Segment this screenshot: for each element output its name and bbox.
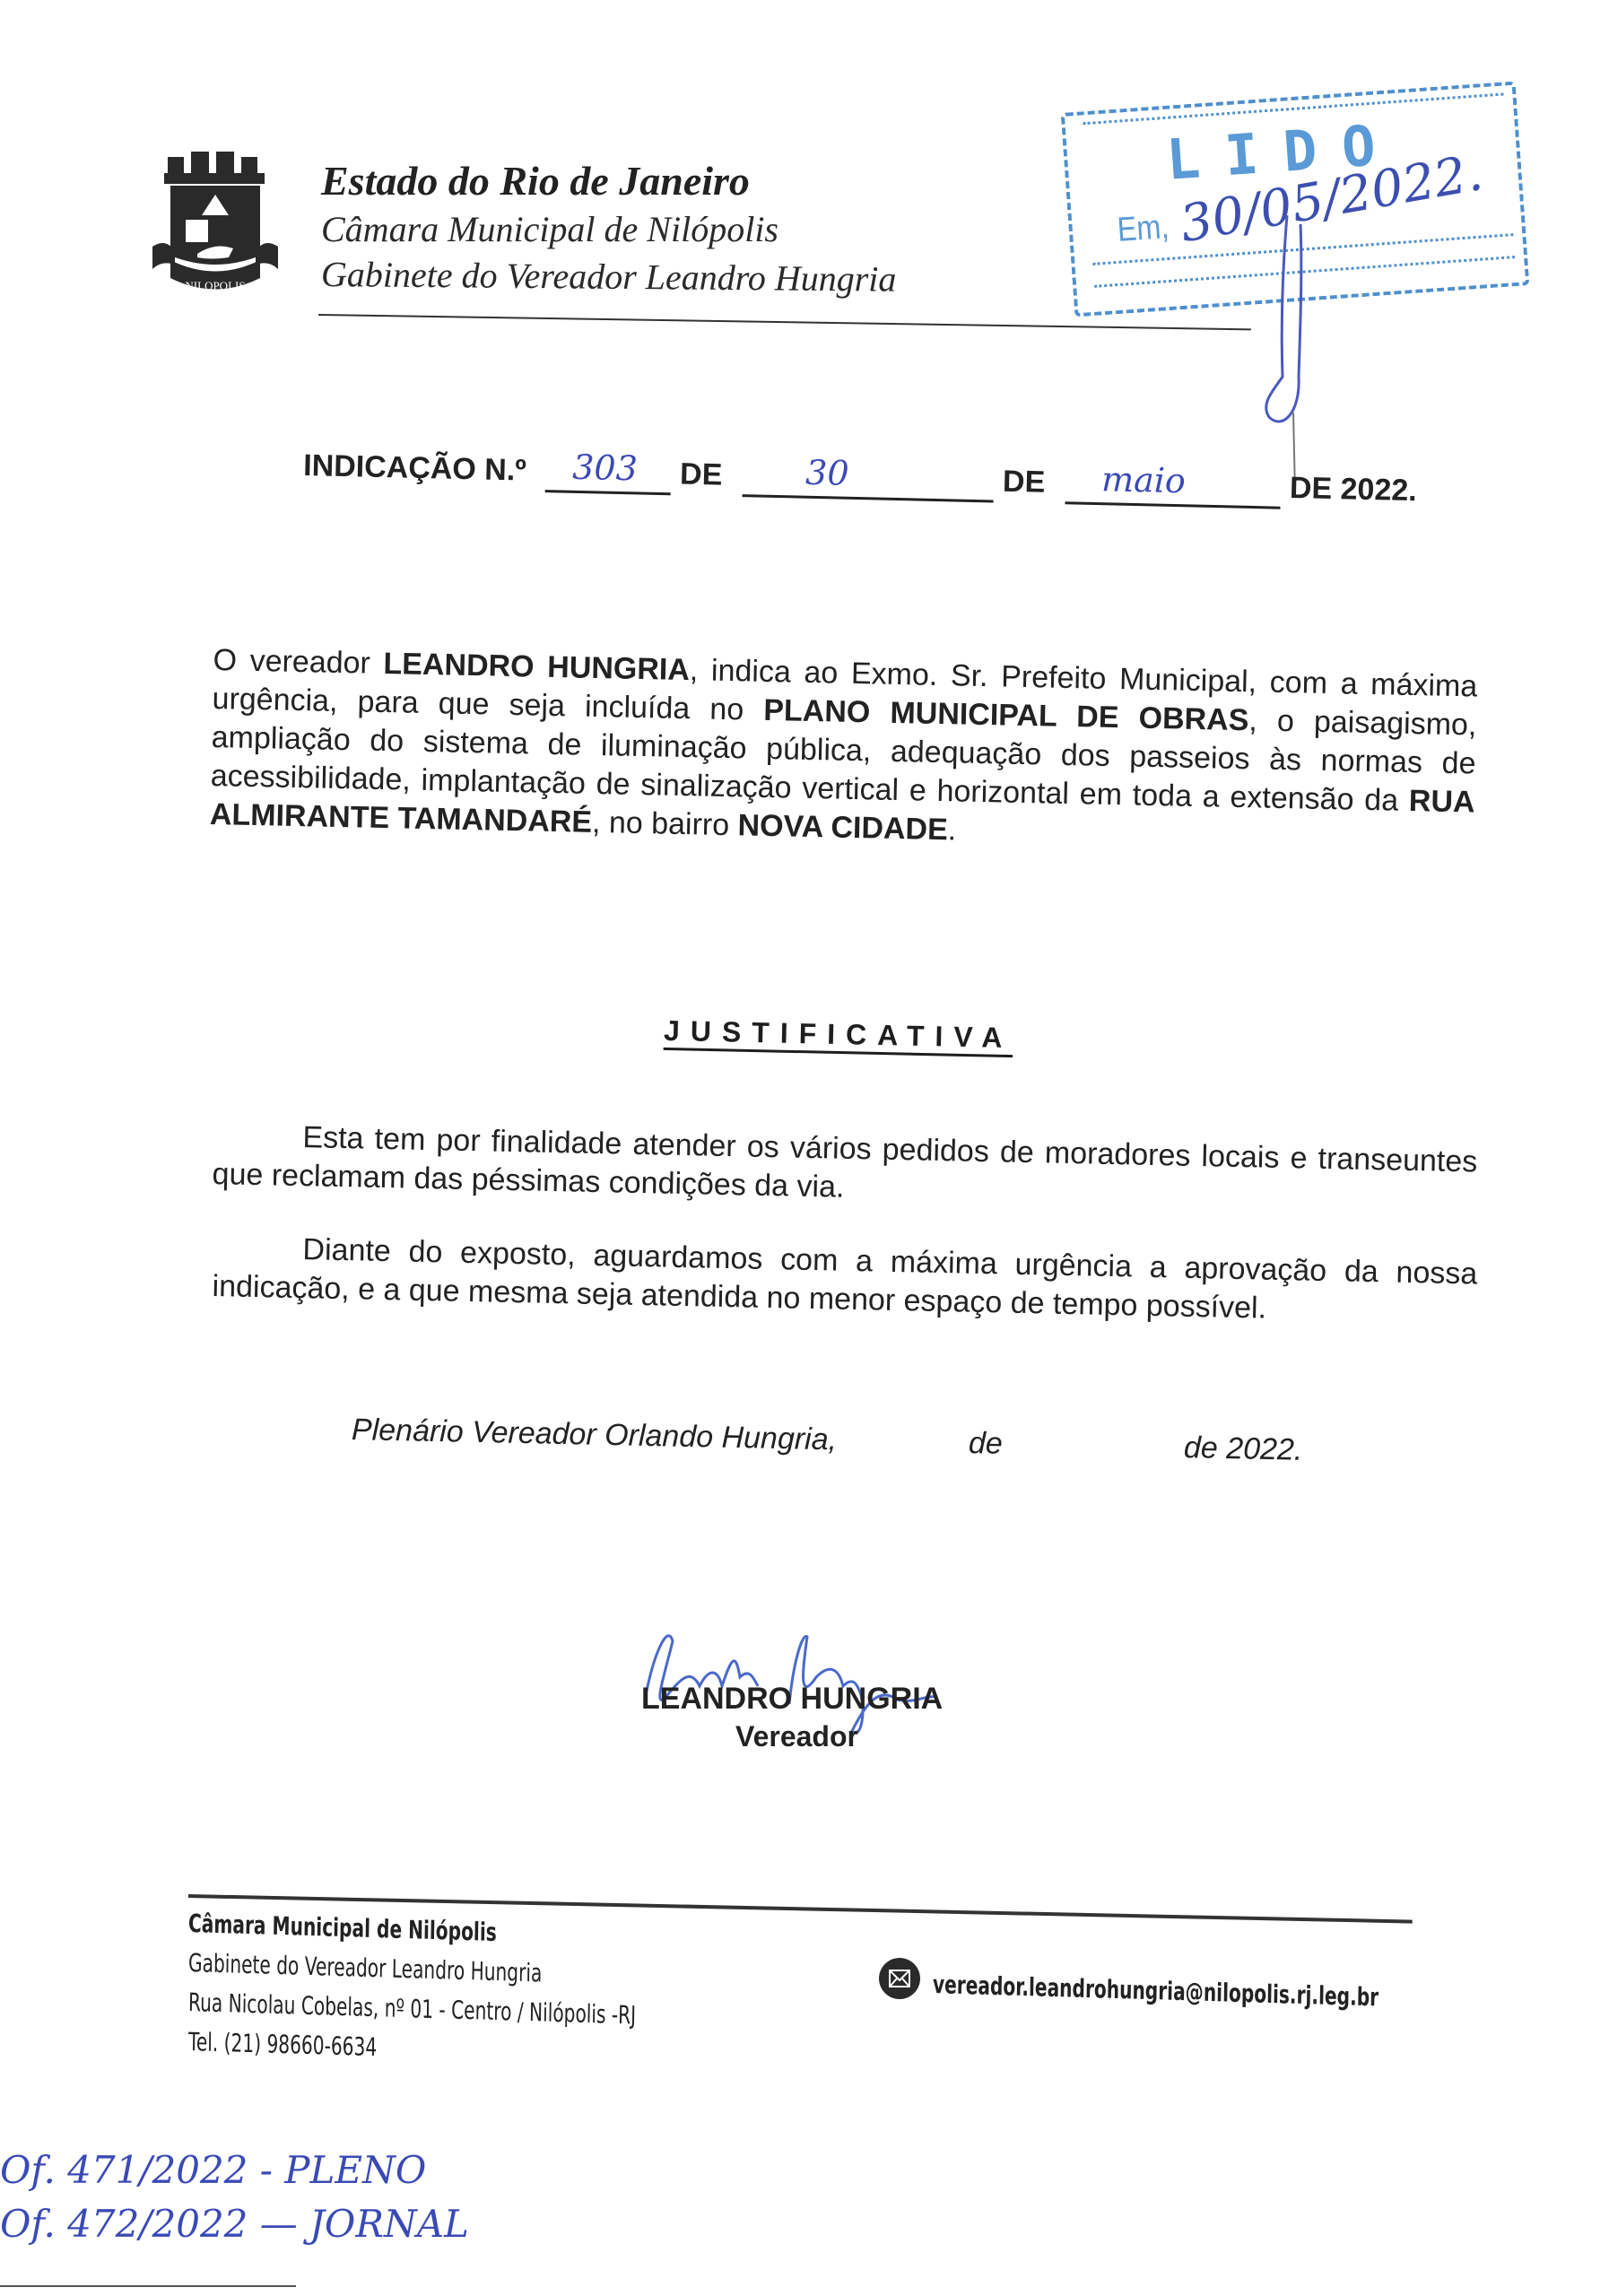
footer-email-link[interactable]: vereador.leandrohungria@nilopolis.rj.leg…	[933, 1970, 1379, 2012]
closing-de: de	[969, 1426, 1004, 1462]
handwritten-initial-mark	[1238, 197, 1345, 493]
handwritten-note-1: Of. 471/2022 - PLENO	[0, 2148, 426, 2192]
indicacao-number: 303	[572, 448, 639, 489]
signatory-role: Vereador	[735, 1720, 858, 1753]
footer-phone: Tel. (21) 98660-6634	[188, 2027, 378, 2062]
footer-org: Câmara Municipal de Nilópolis	[188, 1909, 497, 1947]
neighborhood-name: NOVA CIDADE	[737, 808, 948, 847]
day-field: 30	[743, 458, 995, 502]
indicacao-body: O vereador LEANDRO HUNGRIA, indica ao Ex…	[209, 641, 1477, 860]
number-field: 303	[545, 454, 672, 495]
justificativa-paragraph-1: Esta tem por finalidade atender os vário…	[212, 1117, 1477, 1221]
footer-office: Gabinete do Vereador Leandro Hungria	[188, 1948, 543, 1987]
handwritten-note-2: Of. 472/2022 — JORNAL	[0, 2202, 469, 2246]
closing-place: Plenário Vereador Orlando Hungria,	[352, 1413, 838, 1457]
justificativa-heading: JUSTIFICATIVA	[664, 1014, 1013, 1055]
plan-name: PLANO MUNICIPAL DE OBRAS	[763, 693, 1249, 737]
header-chamber: Câmara Municipal de Nilópolis	[321, 208, 778, 250]
year-label: DE 2022.	[1290, 471, 1418, 509]
bottom-edge-line	[0, 2285, 296, 2287]
indicacao-day: 30	[805, 453, 849, 493]
footer-address: Rua Nicolau Cobelas, nº 01 - Centro / Ni…	[188, 1987, 637, 2031]
indicacao-month: maio	[1101, 459, 1187, 500]
closing-year: de 2022.	[1184, 1431, 1303, 1468]
nilopolis-crest-logo: NILOPOLIS	[148, 148, 283, 300]
signatory-name: LEANDRO HUNGRIA	[641, 1682, 943, 1717]
de-label-2: DE	[1003, 465, 1046, 500]
councilor-name: LEANDRO HUNGRIA	[383, 647, 690, 687]
month-field: maio	[1065, 465, 1281, 509]
header-divider	[318, 314, 1251, 330]
envelope-icon	[879, 1958, 920, 1999]
stamp-em-label: Em,	[1116, 208, 1170, 250]
header-title: Estado do Rio de Janeiro	[321, 157, 750, 204]
de-label-1: DE	[680, 457, 723, 493]
indicacao-label: INDICAÇÃO N.º	[303, 448, 526, 488]
svg-text:NILOPOLIS: NILOPOLIS	[185, 279, 245, 292]
header-office: Gabinete do Vereador Leandro Hungria	[321, 253, 897, 300]
justificativa-paragraph-2: Diante do exposto, aguardamos com a máxi…	[212, 1229, 1477, 1333]
